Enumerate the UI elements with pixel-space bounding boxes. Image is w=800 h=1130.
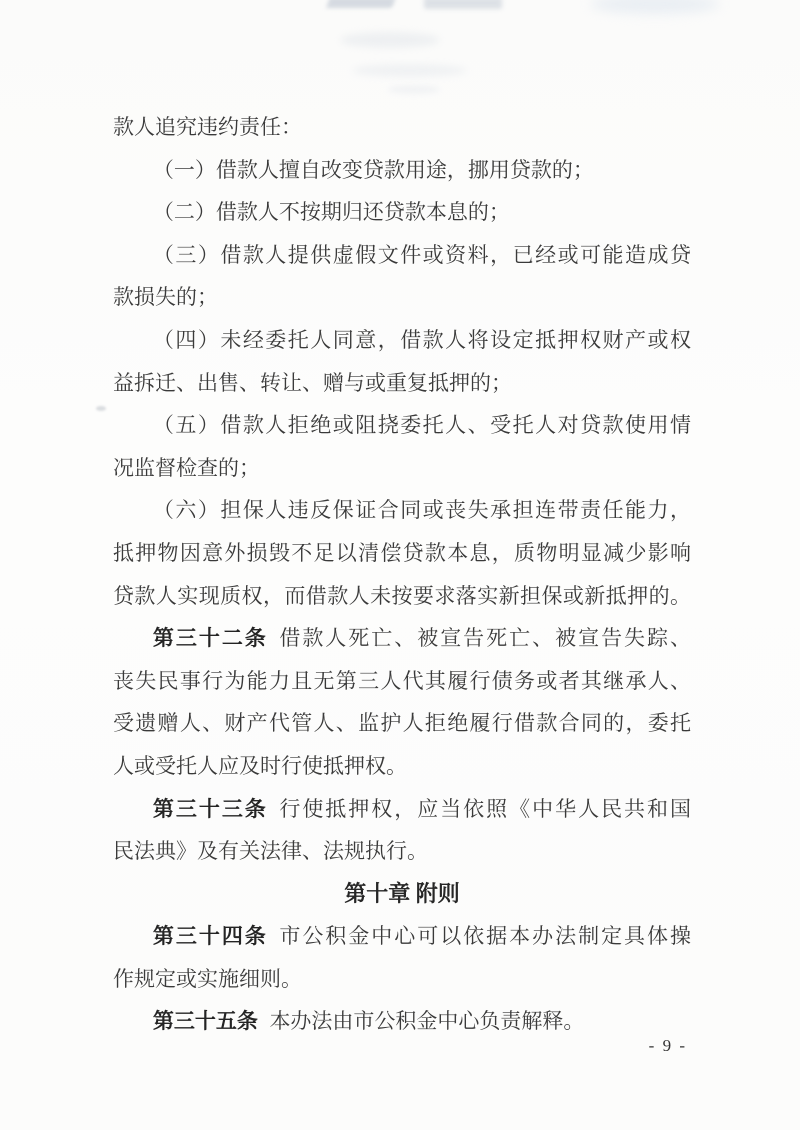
scan-artifact xyxy=(352,64,467,77)
text-line: 款人追究违约责任： xyxy=(113,106,691,149)
text-line: 益拆迁、出售、转让、赠与或重复抵押的； xyxy=(113,362,691,405)
line-text: 行使抵押权，应当依照《中华人民共和国 xyxy=(279,797,691,821)
article-number: 第三十二条 xyxy=(153,626,268,650)
line-text: 受遗赠人、财产代管人、监护人拒绝履行借款合同的，委托 xyxy=(113,711,691,735)
line-text: 款人追究违约责任： xyxy=(113,115,302,139)
article-line: 第三十二条借款人死亡、被宣告死亡、被宣告失踪、 xyxy=(113,617,691,660)
scan-artifact xyxy=(340,32,440,48)
chapter-heading: 第十章 附则 xyxy=(113,873,691,916)
line-text: 市公积金中心可以依据本办法制定具体操 xyxy=(279,924,691,948)
scan-artifact xyxy=(326,0,396,8)
scanned-document-page: 款人追究违约责任：（一）借款人擅自改变贷款用途，挪用贷款的；（二）借款人不按期归… xyxy=(0,0,800,1130)
article-line: 第三十四条市公积金中心可以依据本办法制定具体操 xyxy=(113,915,691,958)
text-line: 作规定或实施细则。 xyxy=(113,958,691,1001)
article-number: 第三十三条 xyxy=(153,797,268,821)
line-text: 益拆迁、出售、转让、赠与或重复抵押的； xyxy=(113,371,512,395)
line-text: （二）借款人不按期归还贷款本息的； xyxy=(153,200,510,224)
line-text: （五）借款人拒绝或阻挠委托人、受托人对贷款使用情 xyxy=(153,413,691,437)
text-line: 人或受托人应及时行使抵押权。 xyxy=(113,745,691,788)
text-line: 况监督检查的； xyxy=(113,447,691,490)
article-line: 第三十三条行使抵押权，应当依照《中华人民共和国 xyxy=(113,788,691,831)
line-text: 作规定或实施细则。 xyxy=(113,967,302,991)
line-text: （一）借款人擅自改变贷款用途，挪用贷款的； xyxy=(153,158,594,182)
text-line: 受遗赠人、财产代管人、监护人拒绝履行借款合同的，委托 xyxy=(113,702,691,745)
line-text: 人或受托人应及时行使抵押权。 xyxy=(113,754,407,778)
line-text: 况监督检查的； xyxy=(113,456,260,480)
scan-artifact xyxy=(590,0,720,14)
line-text: 民法典》及有关法律、法规执行。 xyxy=(113,839,428,863)
text-line: （二）借款人不按期归还贷款本息的； xyxy=(113,191,691,234)
text-line: 民法典》及有关法律、法规执行。 xyxy=(113,830,691,873)
line-text: 抵押物因意外损毁不足以清偿贷款本息，质物明显减少影响 xyxy=(113,541,691,565)
text-line: （一）借款人擅自改变贷款用途，挪用贷款的； xyxy=(113,149,691,192)
text-line: 抵押物因意外损毁不足以清偿贷款本息，质物明显减少影响 xyxy=(113,532,691,575)
text-line: （六）担保人违反保证合同或丧失承担连带责任能力， xyxy=(113,489,691,532)
article-line: 第三十五条本办法由市公积金中心负责解释。 xyxy=(113,1000,691,1043)
text-line: 贷款人实现质权，而借款人未按要求落实新担保或新抵押的。 xyxy=(113,575,691,618)
text-line: 款损失的； xyxy=(113,276,691,319)
line-text: 贷款人实现质权，而借款人未按要求落实新担保或新抵押的。 xyxy=(113,584,691,608)
article-number: 第三十四条 xyxy=(153,924,268,948)
text-line: （三）借款人提供虚假文件或资料，已经或可能造成贷 xyxy=(113,234,691,277)
page-number: - 9 - xyxy=(649,1036,687,1056)
text-line: 丧失民事行为能力且无第三人代其履行债务或者其继承人、 xyxy=(113,660,691,703)
scan-artifact xyxy=(96,406,106,411)
line-text: （三）借款人提供虚假文件或资料，已经或可能造成贷 xyxy=(153,243,691,267)
line-text: 借款人死亡、被宣告死亡、被宣告失踪、 xyxy=(279,626,691,650)
line-text: 第十章 附则 xyxy=(344,881,460,906)
document-body: 款人追究违约责任：（一）借款人擅自改变贷款用途，挪用贷款的；（二）借款人不按期归… xyxy=(113,106,691,1043)
scan-artifact xyxy=(388,85,440,94)
text-line: （四）未经委托人同意，借款人将设定抵押权财产或权 xyxy=(113,319,691,362)
line-text: 本办法由市公积金中心负责解释。 xyxy=(269,1009,584,1033)
scan-artifact xyxy=(424,0,502,9)
line-text: （六）担保人违反保证合同或丧失承担连带责任能力， xyxy=(153,498,691,522)
article-number: 第三十五条 xyxy=(153,1009,258,1033)
line-text: （四）未经委托人同意，借款人将设定抵押权财产或权 xyxy=(153,328,691,352)
text-line: （五）借款人拒绝或阻挠委托人、受托人对贷款使用情 xyxy=(113,404,691,447)
line-text: 款损失的； xyxy=(113,285,218,309)
line-text: 丧失民事行为能力且无第三人代其履行债务或者其继承人、 xyxy=(113,669,691,693)
